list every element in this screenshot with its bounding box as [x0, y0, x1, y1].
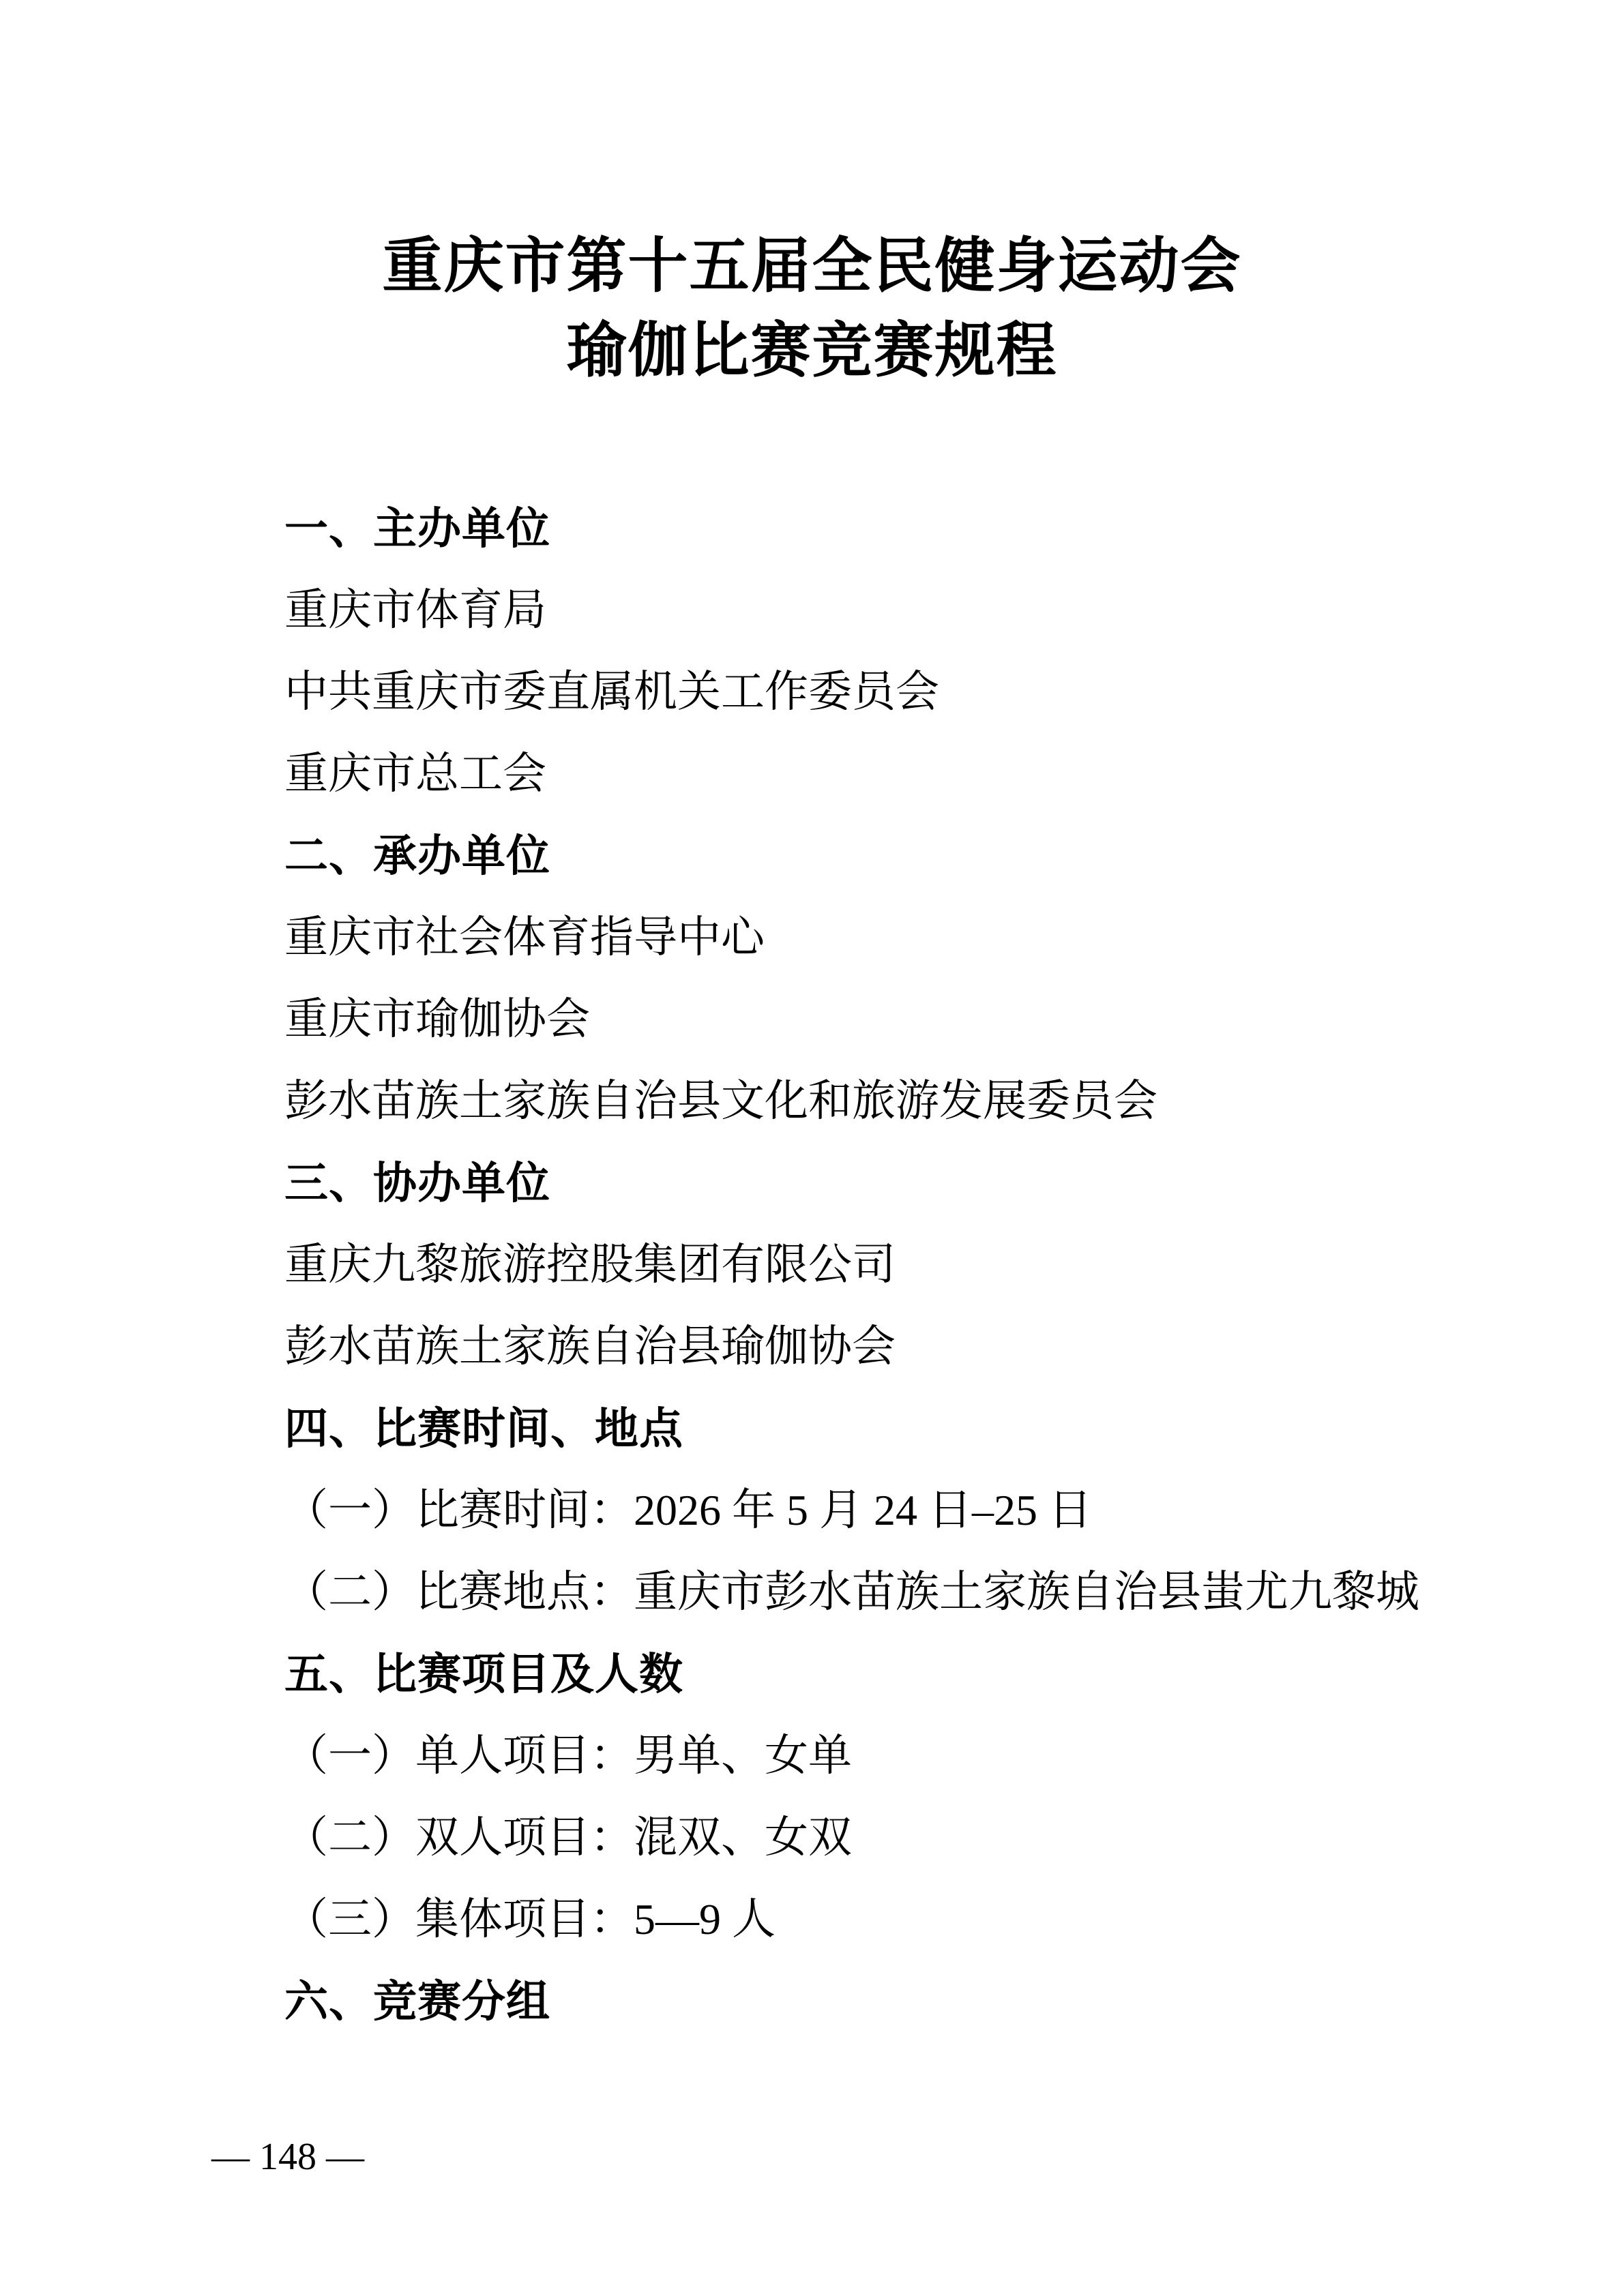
paragraph-line: 重庆市瑜伽协会: [284, 979, 1378, 1060]
paragraph-line: 彭水苗族土家族自治县瑜伽协会: [284, 1306, 1378, 1388]
paragraph-line: 重庆市社会体育指导中心: [284, 897, 1378, 979]
paragraph-line: 彭水苗族土家族自治县文化和旅游发展委员会: [284, 1060, 1378, 1142]
paragraph-line: 重庆市体育局: [284, 569, 1378, 651]
paragraph-line: （三）集体项目：5—9 人: [284, 1879, 1378, 1960]
section-heading-organizers: 一、主办单位: [284, 488, 1378, 569]
page-number: — 148 —: [211, 2133, 364, 2181]
title-line-2: 瑜伽比赛竞赛规程: [0, 310, 1624, 394]
paragraph-line: 重庆九黎旅游控股集团有限公司: [284, 1224, 1378, 1306]
title-line-1: 重庆市第十五届全民健身运动会: [0, 225, 1624, 310]
paragraph-line: （二）双人项目：混双、女双: [284, 1797, 1378, 1879]
section-heading-time-place: 四、比赛时间、地点: [284, 1388, 1378, 1470]
section-heading-groups: 六、竞赛分组: [284, 1960, 1378, 2042]
paragraph-line: 中共重庆市委直属机关工作委员会: [284, 651, 1378, 733]
section-heading-events: 五、比赛项目及人数: [284, 1633, 1378, 1715]
paragraph-line: （一）单人项目：男单、女单: [284, 1715, 1378, 1797]
paragraph-line: （一）比赛时间：2026 年 5 月 24 日–25 日: [284, 1470, 1378, 1551]
document-title: 重庆市第十五届全民健身运动会 瑜伽比赛竞赛规程: [0, 225, 1624, 394]
document-page: 重庆市第十五届全民健身运动会 瑜伽比赛竞赛规程 一、主办单位 重庆市体育局 中共…: [0, 0, 1624, 2296]
paragraph-line: （二）比赛地点：重庆市彭水苗族土家族自治县蚩尤九黎城: [284, 1551, 1378, 1633]
section-heading-co-organizers: 三、协办单位: [284, 1142, 1378, 1224]
paragraph-line: 重庆市总工会: [284, 733, 1378, 815]
document-body: 一、主办单位 重庆市体育局 中共重庆市委直属机关工作委员会 重庆市总工会 二、承…: [284, 488, 1378, 2042]
section-heading-undertakers: 二、承办单位: [284, 815, 1378, 897]
